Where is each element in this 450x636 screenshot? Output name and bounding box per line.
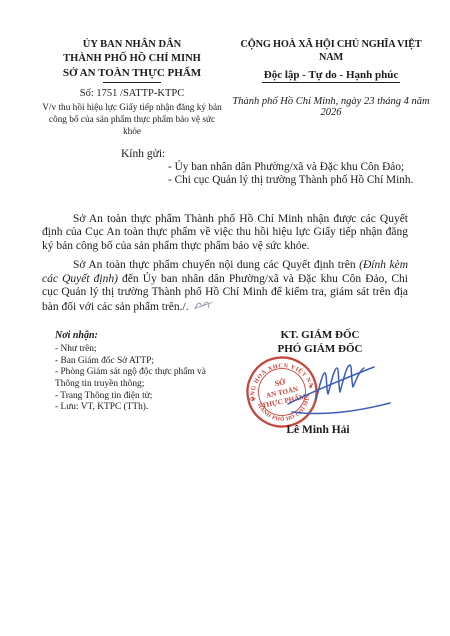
recipient-list: - Ủy ban nhân dân Phường/xã và Đặc khu C… [168,161,413,188]
signer-title-block: KT. GIÁM ĐỐC PHÓ GIÁM ĐỐC [230,328,410,356]
authority-city: THÀNH PHỐ HỒ CHÍ MINH [28,52,236,66]
letter-body: Sở An toàn thực phẩm Thành phố Hồ Chí Mi… [42,213,408,320]
issuing-authority-block: ỦY BAN NHÂN DÂN THÀNH PHỐ HỒ CHÍ MINH SỞ… [28,38,236,138]
document-number: Số: 1751 /SATTP-KTPC [28,88,236,99]
signer-name: Lê Minh Hải [228,424,408,436]
cc-item: - Như trên; [55,344,225,356]
body-paragraph-1: Sở An toàn thực phẩm Thành phố Hồ Chí Mi… [42,213,408,253]
authority-parent: ỦY BAN NHÂN DÂN [28,38,236,52]
document-page: ỦY BAN NHÂN DÂN THÀNH PHỐ HỒ CHÍ MINH SỞ… [0,0,450,636]
body-paragraph-2: Sở An toàn thực phẩm chuyển nội dung các… [42,259,408,314]
cc-item: - Phòng Giám sát ngộ độc thực phẩm và Th… [55,367,225,390]
document-subject: V/v thu hồi hiệu lực Giấy tiếp nhận đăng… [28,102,236,139]
recipient-item: - Ủy ban nhân dân Phường/xã và Đặc khu C… [168,161,413,174]
place-date-line: Thành phố Hồ Chí Minh, ngày 23 tháng 4 n… [230,96,432,118]
national-motto-line1: CỘNG HOÀ XÃ HỘI CHỦ NGHĨA VIỆT NAM [230,38,432,65]
cc-item: - Trang Thông tin điện tử; [55,391,225,403]
cc-block: Nơi nhận: - Như trên; - Ban Giám đốc Sở … [55,330,225,414]
department-underline [103,82,161,83]
national-motto-line2: Độc lập - Tự do - Hạnh phúc [262,69,400,83]
salutation-label: Kính gửi: [121,148,165,160]
cc-item: - Lưu: VT, KTPC (TTh). [55,402,225,414]
signer-title-1: KT. GIÁM ĐỐC [230,328,410,342]
authority-department: SỞ AN TOÀN THỰC PHẨM [28,66,236,80]
cc-item: - Ban Giám đốc Sở ATTP; [55,356,225,368]
handwritten-signature [276,354,396,418]
national-header-block: CỘNG HOÀ XÃ HỘI CHỦ NGHĨA VIỆT NAM Độc l… [230,38,432,118]
cc-list: - Như trên; - Ban Giám đốc Sở ATTP; - Ph… [55,344,225,413]
recipient-item: - Chi cục Quản lý thị trường Thành phố H… [168,174,413,187]
body-paragraph-2-text: Sở An toàn thực phẩm chuyển nội dung các… [73,259,359,271]
handwritten-initials-mark [192,300,214,312]
cc-label: Nơi nhận: [55,330,225,342]
